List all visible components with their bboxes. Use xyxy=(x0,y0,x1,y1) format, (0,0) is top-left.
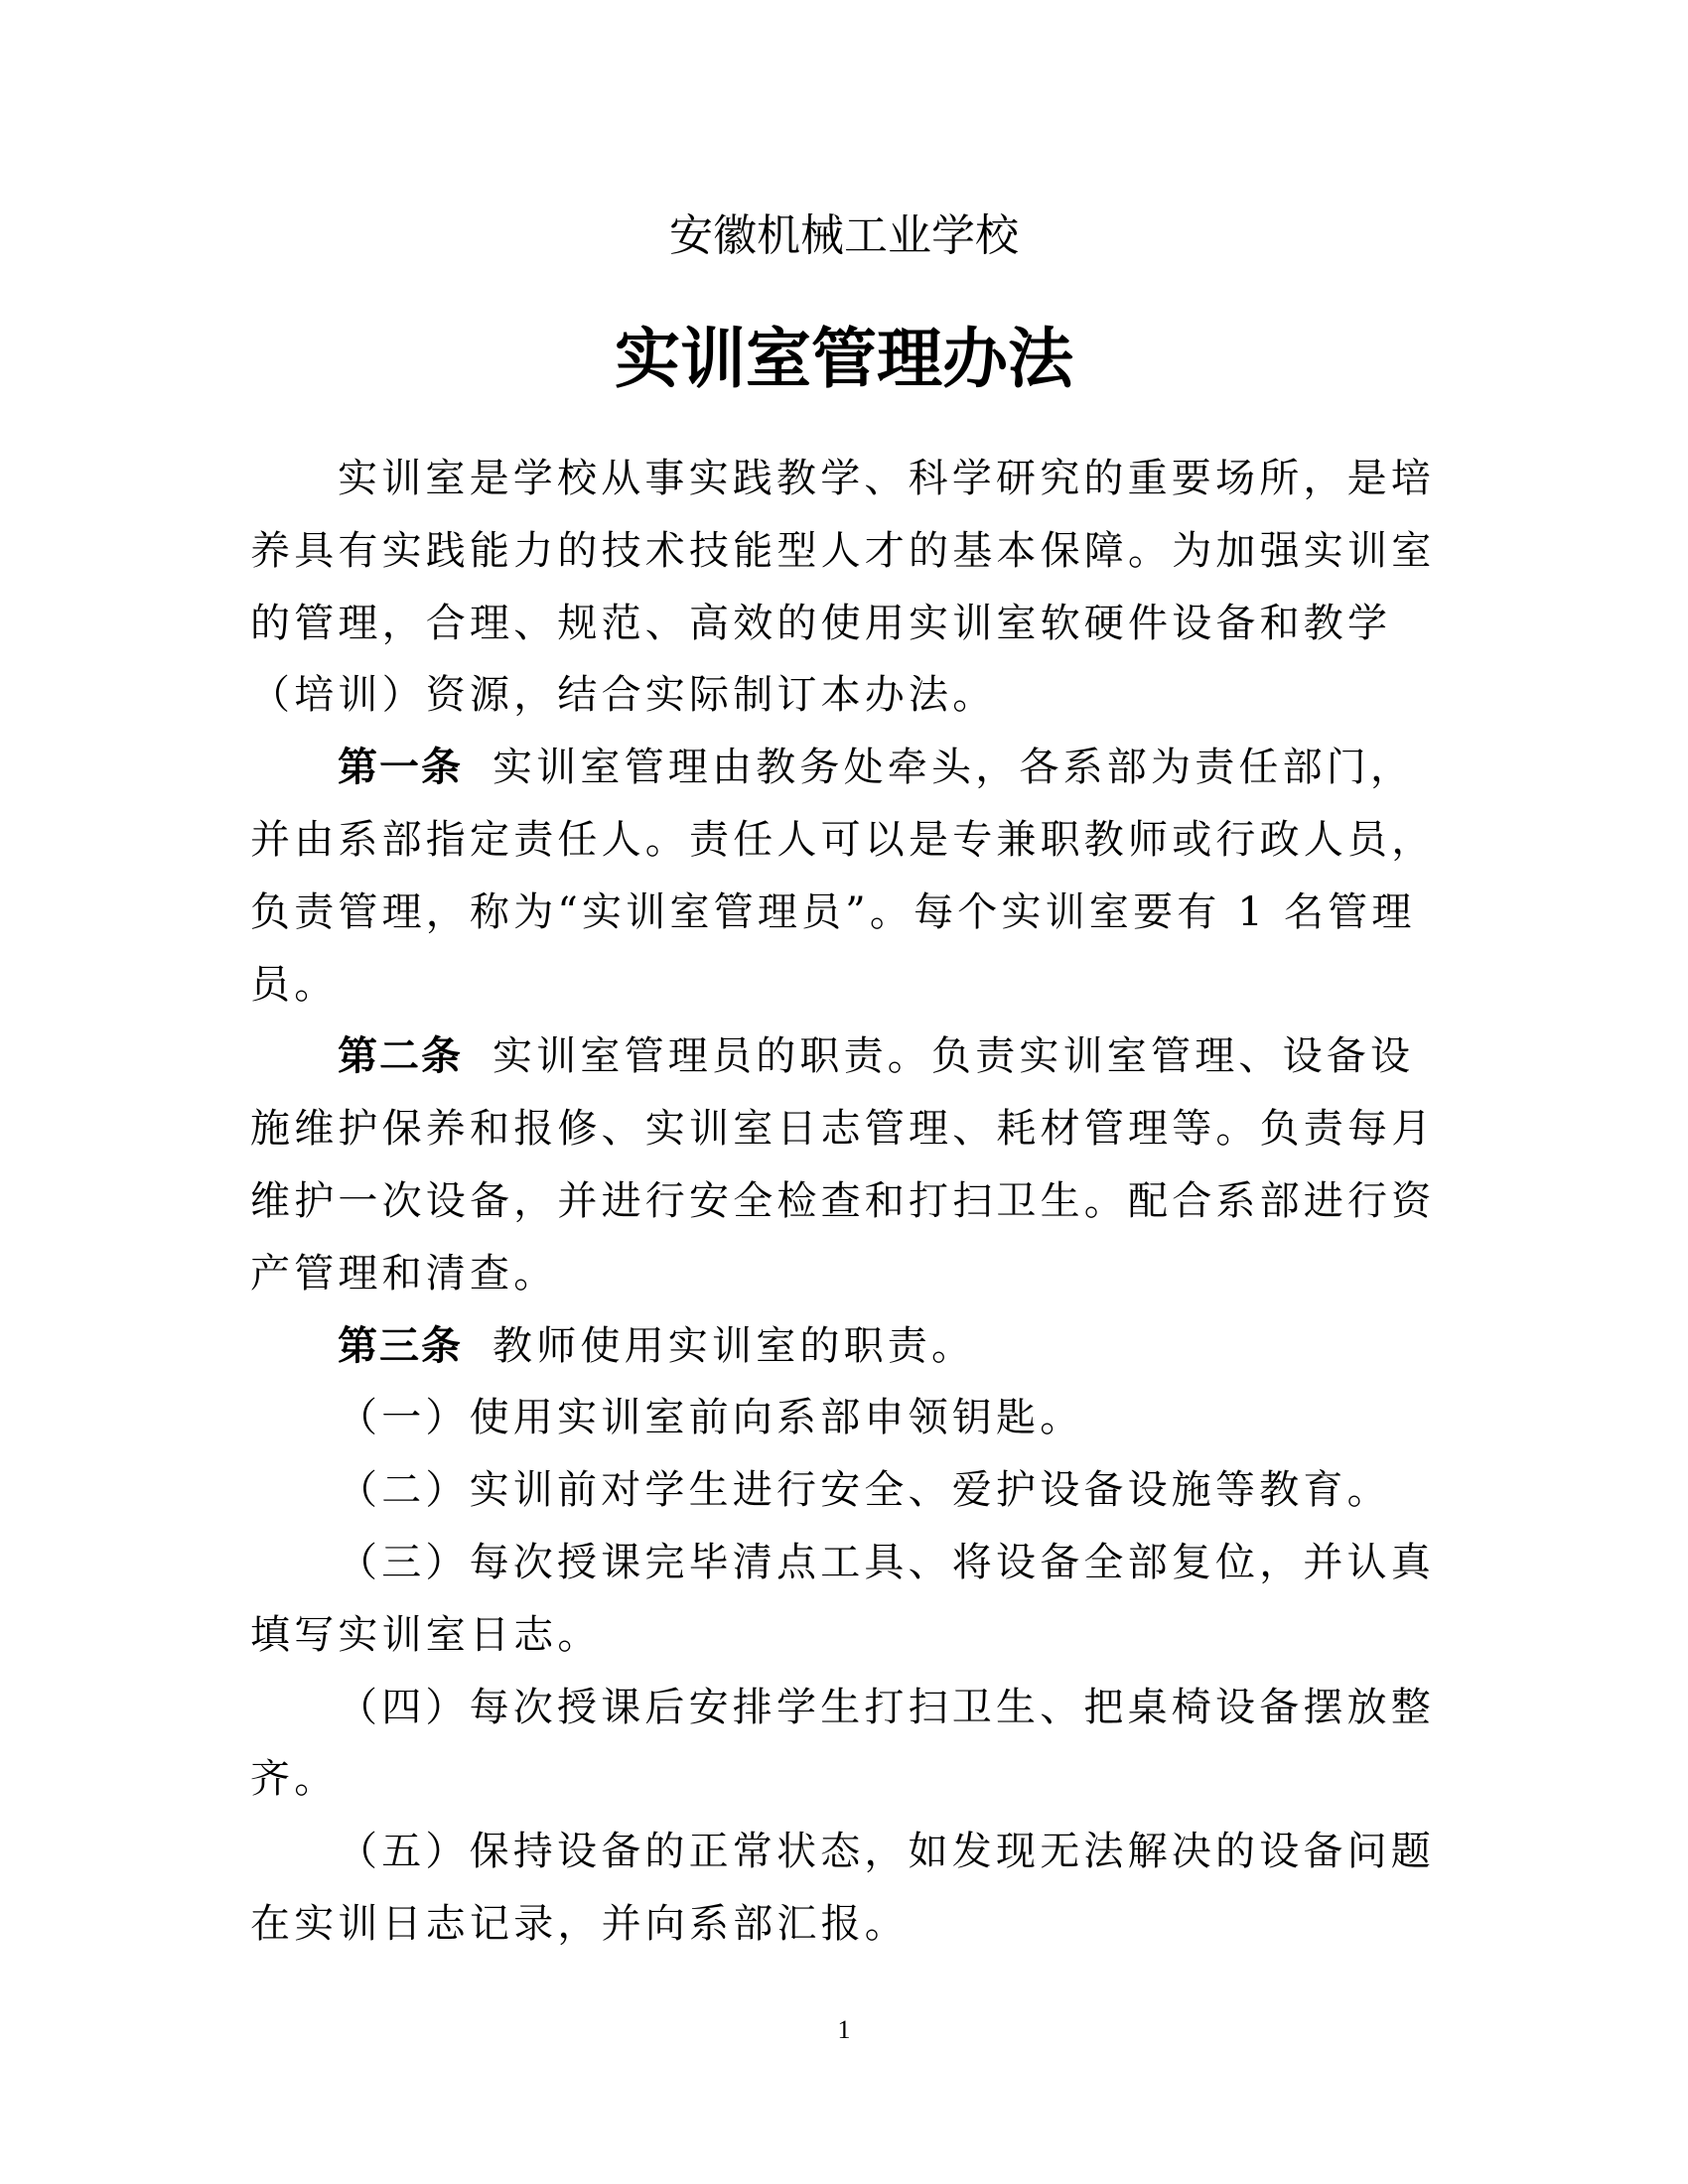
article-label: 第三条 xyxy=(338,1323,463,1369)
text-line: 填写实训室日志。 xyxy=(250,1599,1438,1672)
school-name: 安徽机械工业学校 xyxy=(0,206,1688,266)
page-number: 1 xyxy=(0,2015,1688,2045)
text-line: （二）实训前对学生进行安全、爱护设备设施等教育。 xyxy=(250,1454,1438,1527)
article-3: 第三条教师使用实训室的职责。 （一）使用实训室前向系部申领钥匙。 （二）实训前对… xyxy=(250,1310,1438,1961)
text-line: （四）每次授课后安排学生打扫卫生、把桌椅设备摆放整 xyxy=(250,1672,1438,1744)
article-2-first-line: 第二条实训室管理员的职责。负责实训室管理、设备设 xyxy=(250,1021,1438,1093)
text-line: 教师使用实训室的职责。 xyxy=(492,1323,975,1369)
article-3-item-2: （二）实训前对学生进行安全、爱护设备设施等教育。 xyxy=(250,1454,1438,1527)
article-3-item-1: （一）使用实训室前向系部申领钥匙。 xyxy=(250,1382,1438,1454)
text-line: 在实训日志记录，并向系部汇报。 xyxy=(250,1888,1438,1961)
document-title: 实训室管理办法 xyxy=(0,320,1688,399)
article-3-item-5: （五）保持设备的正常状态，如发现无法解决的设备问题 在实训日志记录，并向系部汇报… xyxy=(250,1816,1438,1961)
article-3-item-3: （三）每次授课完毕清点工具、将设备全部复位，并认真 填写实训室日志。 xyxy=(250,1527,1438,1672)
article-3-item-4: （四）每次授课后安排学生打扫卫生、把桌椅设备摆放整 齐。 xyxy=(250,1672,1438,1817)
text-line: 实训室管理员的职责。负责实训室管理、设备设 xyxy=(492,1033,1414,1079)
preamble-paragraph: 实训室是学校从事实践教学、科学研究的重要场所，是培 养具有实践能力的技术技能型人… xyxy=(250,443,1438,732)
document-body: 实训室是学校从事实践教学、科学研究的重要场所，是培 养具有实践能力的技术技能型人… xyxy=(250,443,1438,1961)
article-2: 第二条实训室管理员的职责。负责实训室管理、设备设 施维护保养和报修、实训室日志管… xyxy=(250,1021,1438,1309)
text-line: （五）保持设备的正常状态，如发现无法解决的设备问题 xyxy=(250,1816,1438,1888)
article-label: 第一条 xyxy=(338,745,463,790)
article-1-first-line: 第一条实训室管理由教务处牵头，各系部为责任部门， xyxy=(250,732,1438,804)
text-line: 维护一次设备，并进行安全检查和打扫卫生。配合系部进行资 xyxy=(250,1165,1438,1238)
text-line: 实训室是学校从事实践教学、科学研究的重要场所，是培 xyxy=(250,443,1438,515)
text-line: （培训）资源，结合实际制订本办法。 xyxy=(250,659,1438,732)
text-line: （一）使用实训室前向系部申领钥匙。 xyxy=(250,1382,1438,1454)
text-line: 养具有实践能力的技术技能型人才的基本保障。为加强实训室 xyxy=(250,515,1438,588)
article-label: 第二条 xyxy=(338,1033,463,1079)
text-line: 员。 xyxy=(250,949,1438,1022)
document-page: 安徽机械工业学校 实训室管理办法 实训室是学校从事实践教学、科学研究的重要场所，… xyxy=(0,0,1688,2184)
text-line: 齐。 xyxy=(250,1743,1438,1816)
text-line: 负责管理，称为“实训室管理员”。每个实训室要有 1 名管理 xyxy=(250,877,1438,949)
text-line: 并由系部指定责任人。责任人可以是专兼职教师或行政人员， xyxy=(250,804,1438,877)
text-line: 产管理和清查。 xyxy=(250,1238,1438,1310)
text-line: 的管理，合理、规范、高效的使用实训室软硬件设备和教学 xyxy=(250,588,1438,660)
text-line: （三）每次授课完毕清点工具、将设备全部复位，并认真 xyxy=(250,1527,1438,1599)
text-line: 施维护保养和报修、实训室日志管理、耗材管理等。负责每月 xyxy=(250,1093,1438,1165)
article-1: 第一条实训室管理由教务处牵头，各系部为责任部门， 并由系部指定责任人。责任人可以… xyxy=(250,732,1438,1021)
text-line: 实训室管理由教务处牵头，各系部为责任部门， xyxy=(492,745,1414,790)
article-3-first-line: 第三条教师使用实训室的职责。 xyxy=(250,1310,1438,1383)
